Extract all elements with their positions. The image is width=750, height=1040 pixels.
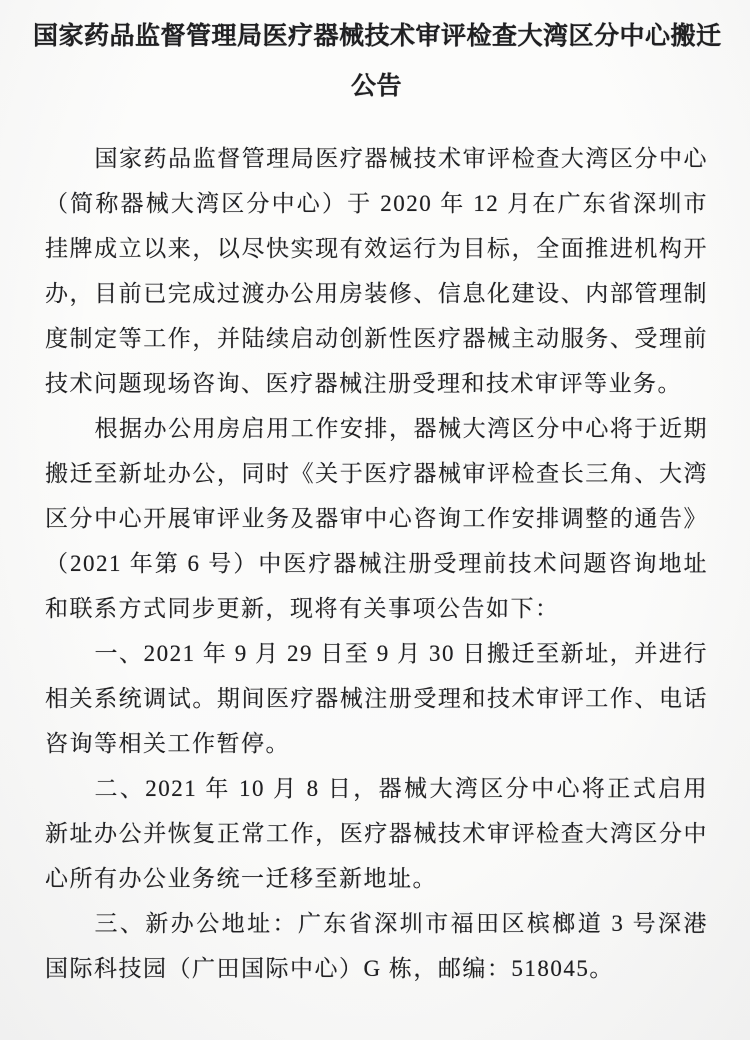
document-title: 国家药品监督管理局医疗器械技术审评检查大湾区分中心搬迁 公告 [33,12,720,112]
paragraph-background: 根据办公用房启用工作安排，器械大湾区分中心将于近期搬迁至新址办公，同时《关于医疗… [45,406,708,631]
paragraph-intro: 国家药品监督管理局医疗器械技术审评检查大湾区分中心（简称器械大湾区分中心）于 2… [45,136,708,406]
document-page: 国家药品监督管理局医疗器械技术审评检查大湾区分中心搬迁 公告 国家药品监督管理局… [0,0,750,1040]
document-body: 国家药品监督管理局医疗器械技术审评检查大湾区分中心（简称器械大湾区分中心）于 2… [45,136,708,991]
paragraph-item-1: 一、2021 年 9 月 29 日至 9 月 30 日搬迁至新址，并进行相关系统… [45,631,708,766]
title-line-2: 公告 [33,62,720,112]
paragraph-item-3: 三、新办公地址：广东省深圳市福田区槟榔道 3 号深港国际科技园（广田国际中心）G… [45,901,708,991]
paragraph-item-2: 二、2021 年 10 月 8 日，器械大湾区分中心将正式启用新址办公并恢复正常… [45,766,708,901]
title-line-1: 国家药品监督管理局医疗器械技术审评检查大湾区分中心搬迁 [33,12,720,62]
